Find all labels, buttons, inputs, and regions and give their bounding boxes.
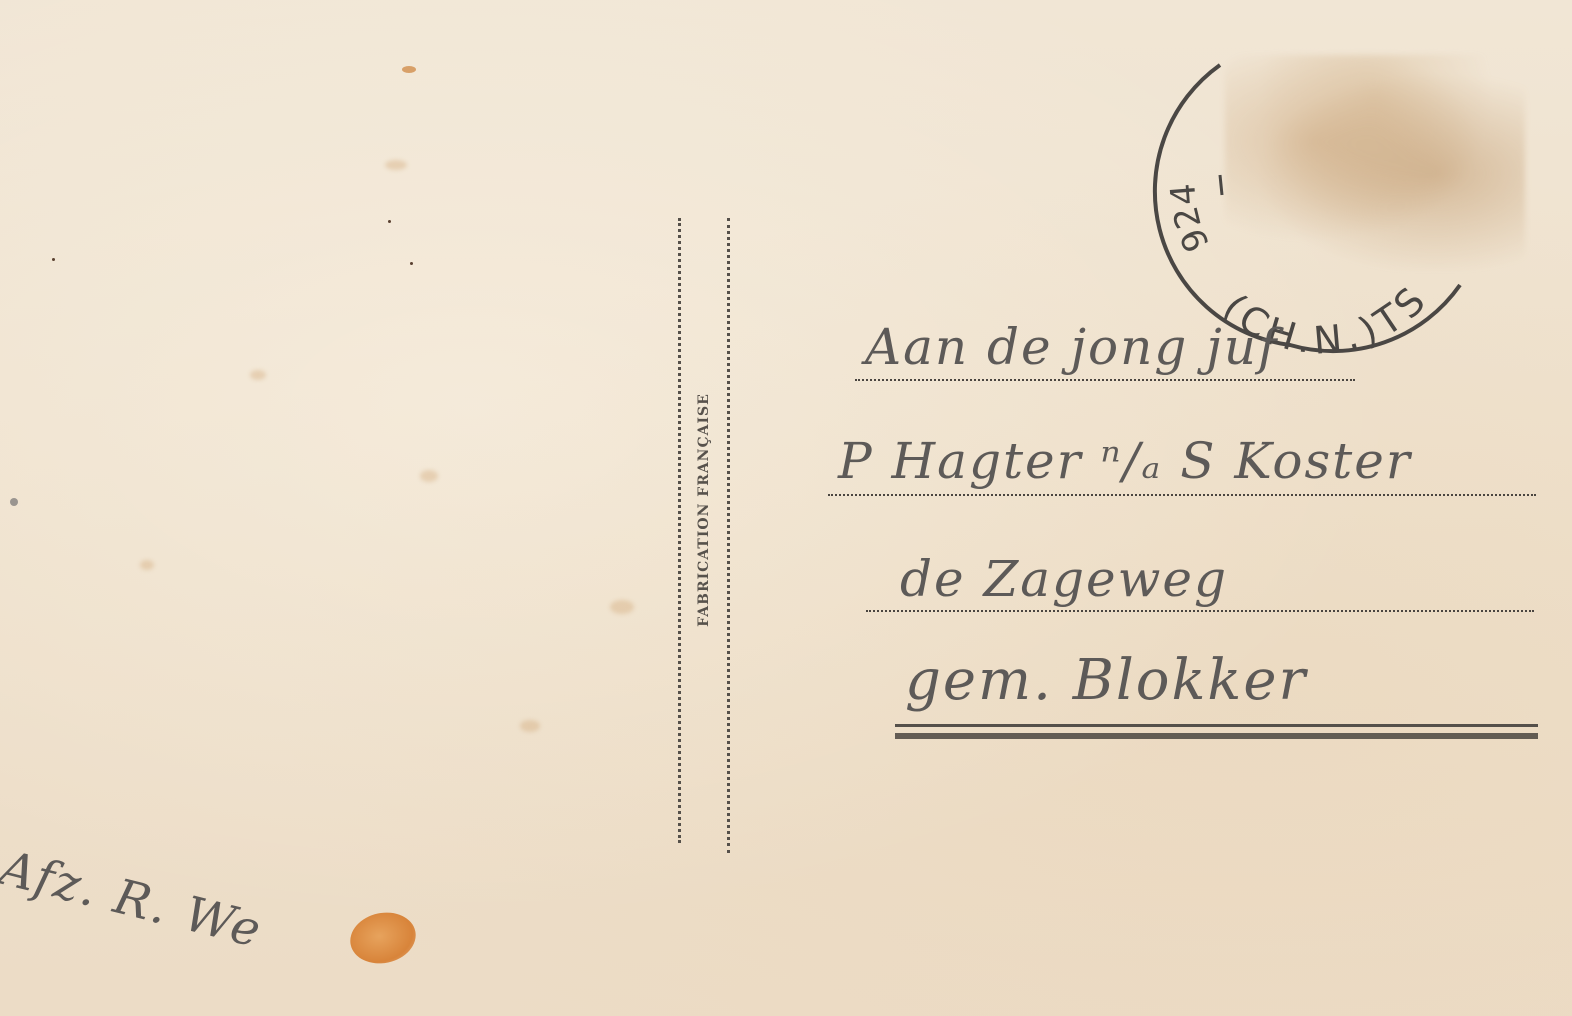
speck <box>388 220 391 223</box>
foxing-spot <box>420 470 438 482</box>
address-line-4: gem. Blokker <box>905 648 1307 713</box>
speck <box>52 258 55 261</box>
postcard-back: 924 (CH.N.)TS FABRICATION FRANÇAISE Aan … <box>0 0 1572 1016</box>
address-line-3: de Zageweg <box>900 550 1228 608</box>
address-rule-1 <box>855 379 1355 381</box>
foxing-spot <box>610 600 634 614</box>
foxing-spot <box>250 370 266 380</box>
postmark-year: 924 <box>1163 182 1218 258</box>
postmark-cancel: 924 (CH.N.)TS <box>1150 45 1470 365</box>
address-rule-5 <box>895 733 1538 739</box>
divider-line-right <box>727 218 730 853</box>
address-rule-4 <box>895 724 1538 727</box>
sender-note: Afz. R. We <box>0 840 268 959</box>
speck <box>410 262 413 265</box>
foxing-spot <box>140 560 154 570</box>
address-rule-3 <box>866 610 1534 612</box>
divider-line-left <box>678 218 681 843</box>
stain-spot <box>402 66 416 73</box>
orange-stain <box>346 907 421 970</box>
foxing-spot <box>520 720 540 732</box>
address-line-1: Aan de jong juf <box>865 318 1278 376</box>
hole <box>10 498 18 506</box>
address-rule-2 <box>828 494 1536 496</box>
foxing-spot <box>385 160 407 170</box>
address-line-2: P Hagter ⁿ/ₐ S Koster <box>838 432 1412 490</box>
divider-text: FABRICATION FRANÇAISE <box>696 393 712 627</box>
